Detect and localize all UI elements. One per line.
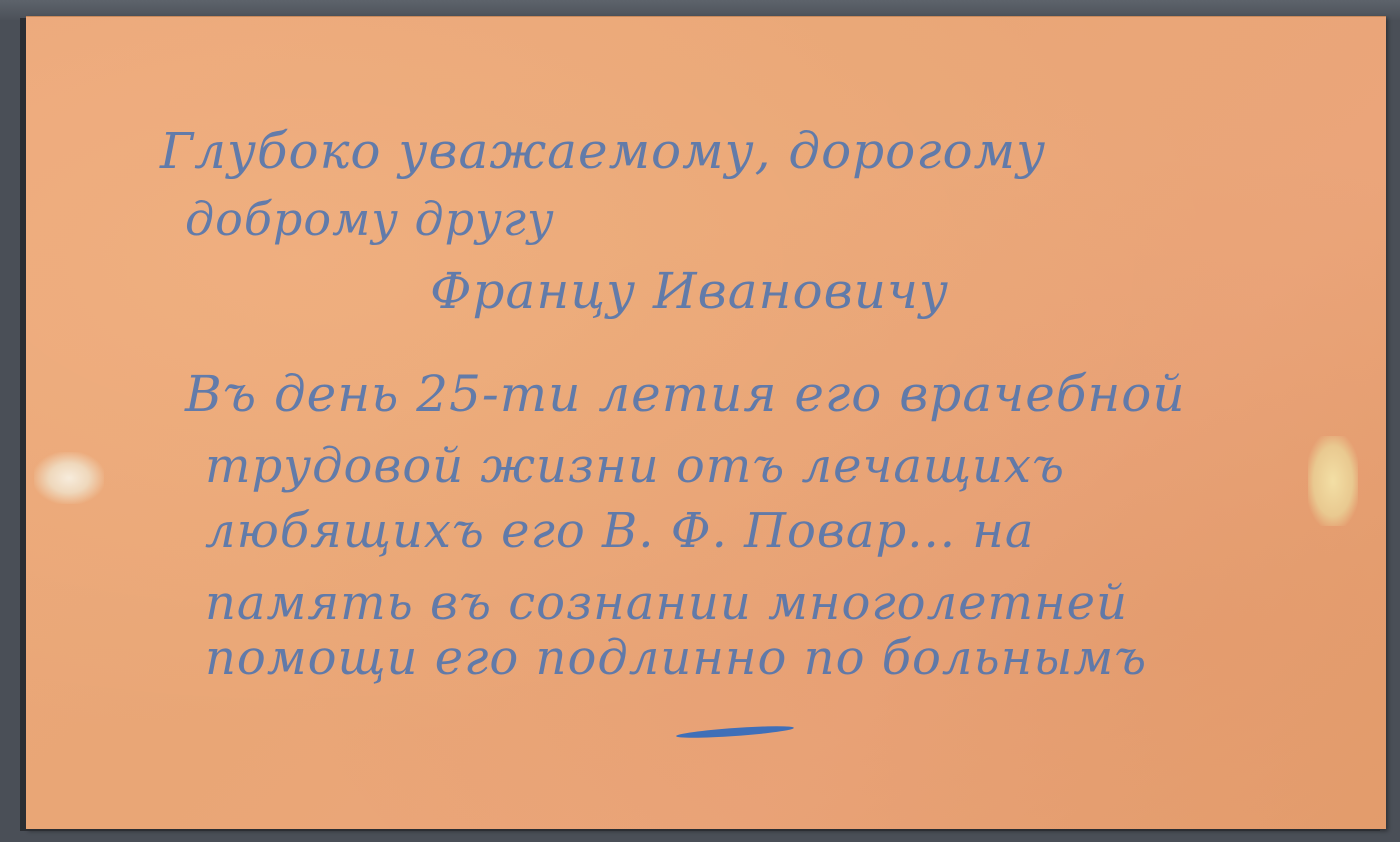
handwritten-line-1: Глубоко уважаемому, дорогому <box>160 122 1046 180</box>
paper-tear-right <box>1308 436 1358 526</box>
handwritten-line-3: Францу Ивановичу <box>430 262 949 320</box>
handwritten-line-4: Въ день 25-ти летия его врачебной <box>185 365 1186 423</box>
handwritten-line-7: память въ сознании многолетней <box>205 575 1128 631</box>
handwritten-line-8: помощи его подлинно по больнымъ <box>205 630 1147 686</box>
handwritten-line-6: любящихъ его В. Ф. Повар... на <box>205 503 1034 559</box>
paper-stain-left <box>34 452 104 504</box>
handwritten-line-5: трудовой жизни отъ лечащихъ <box>205 438 1065 494</box>
handwritten-line-2: доброму другу <box>185 192 555 246</box>
